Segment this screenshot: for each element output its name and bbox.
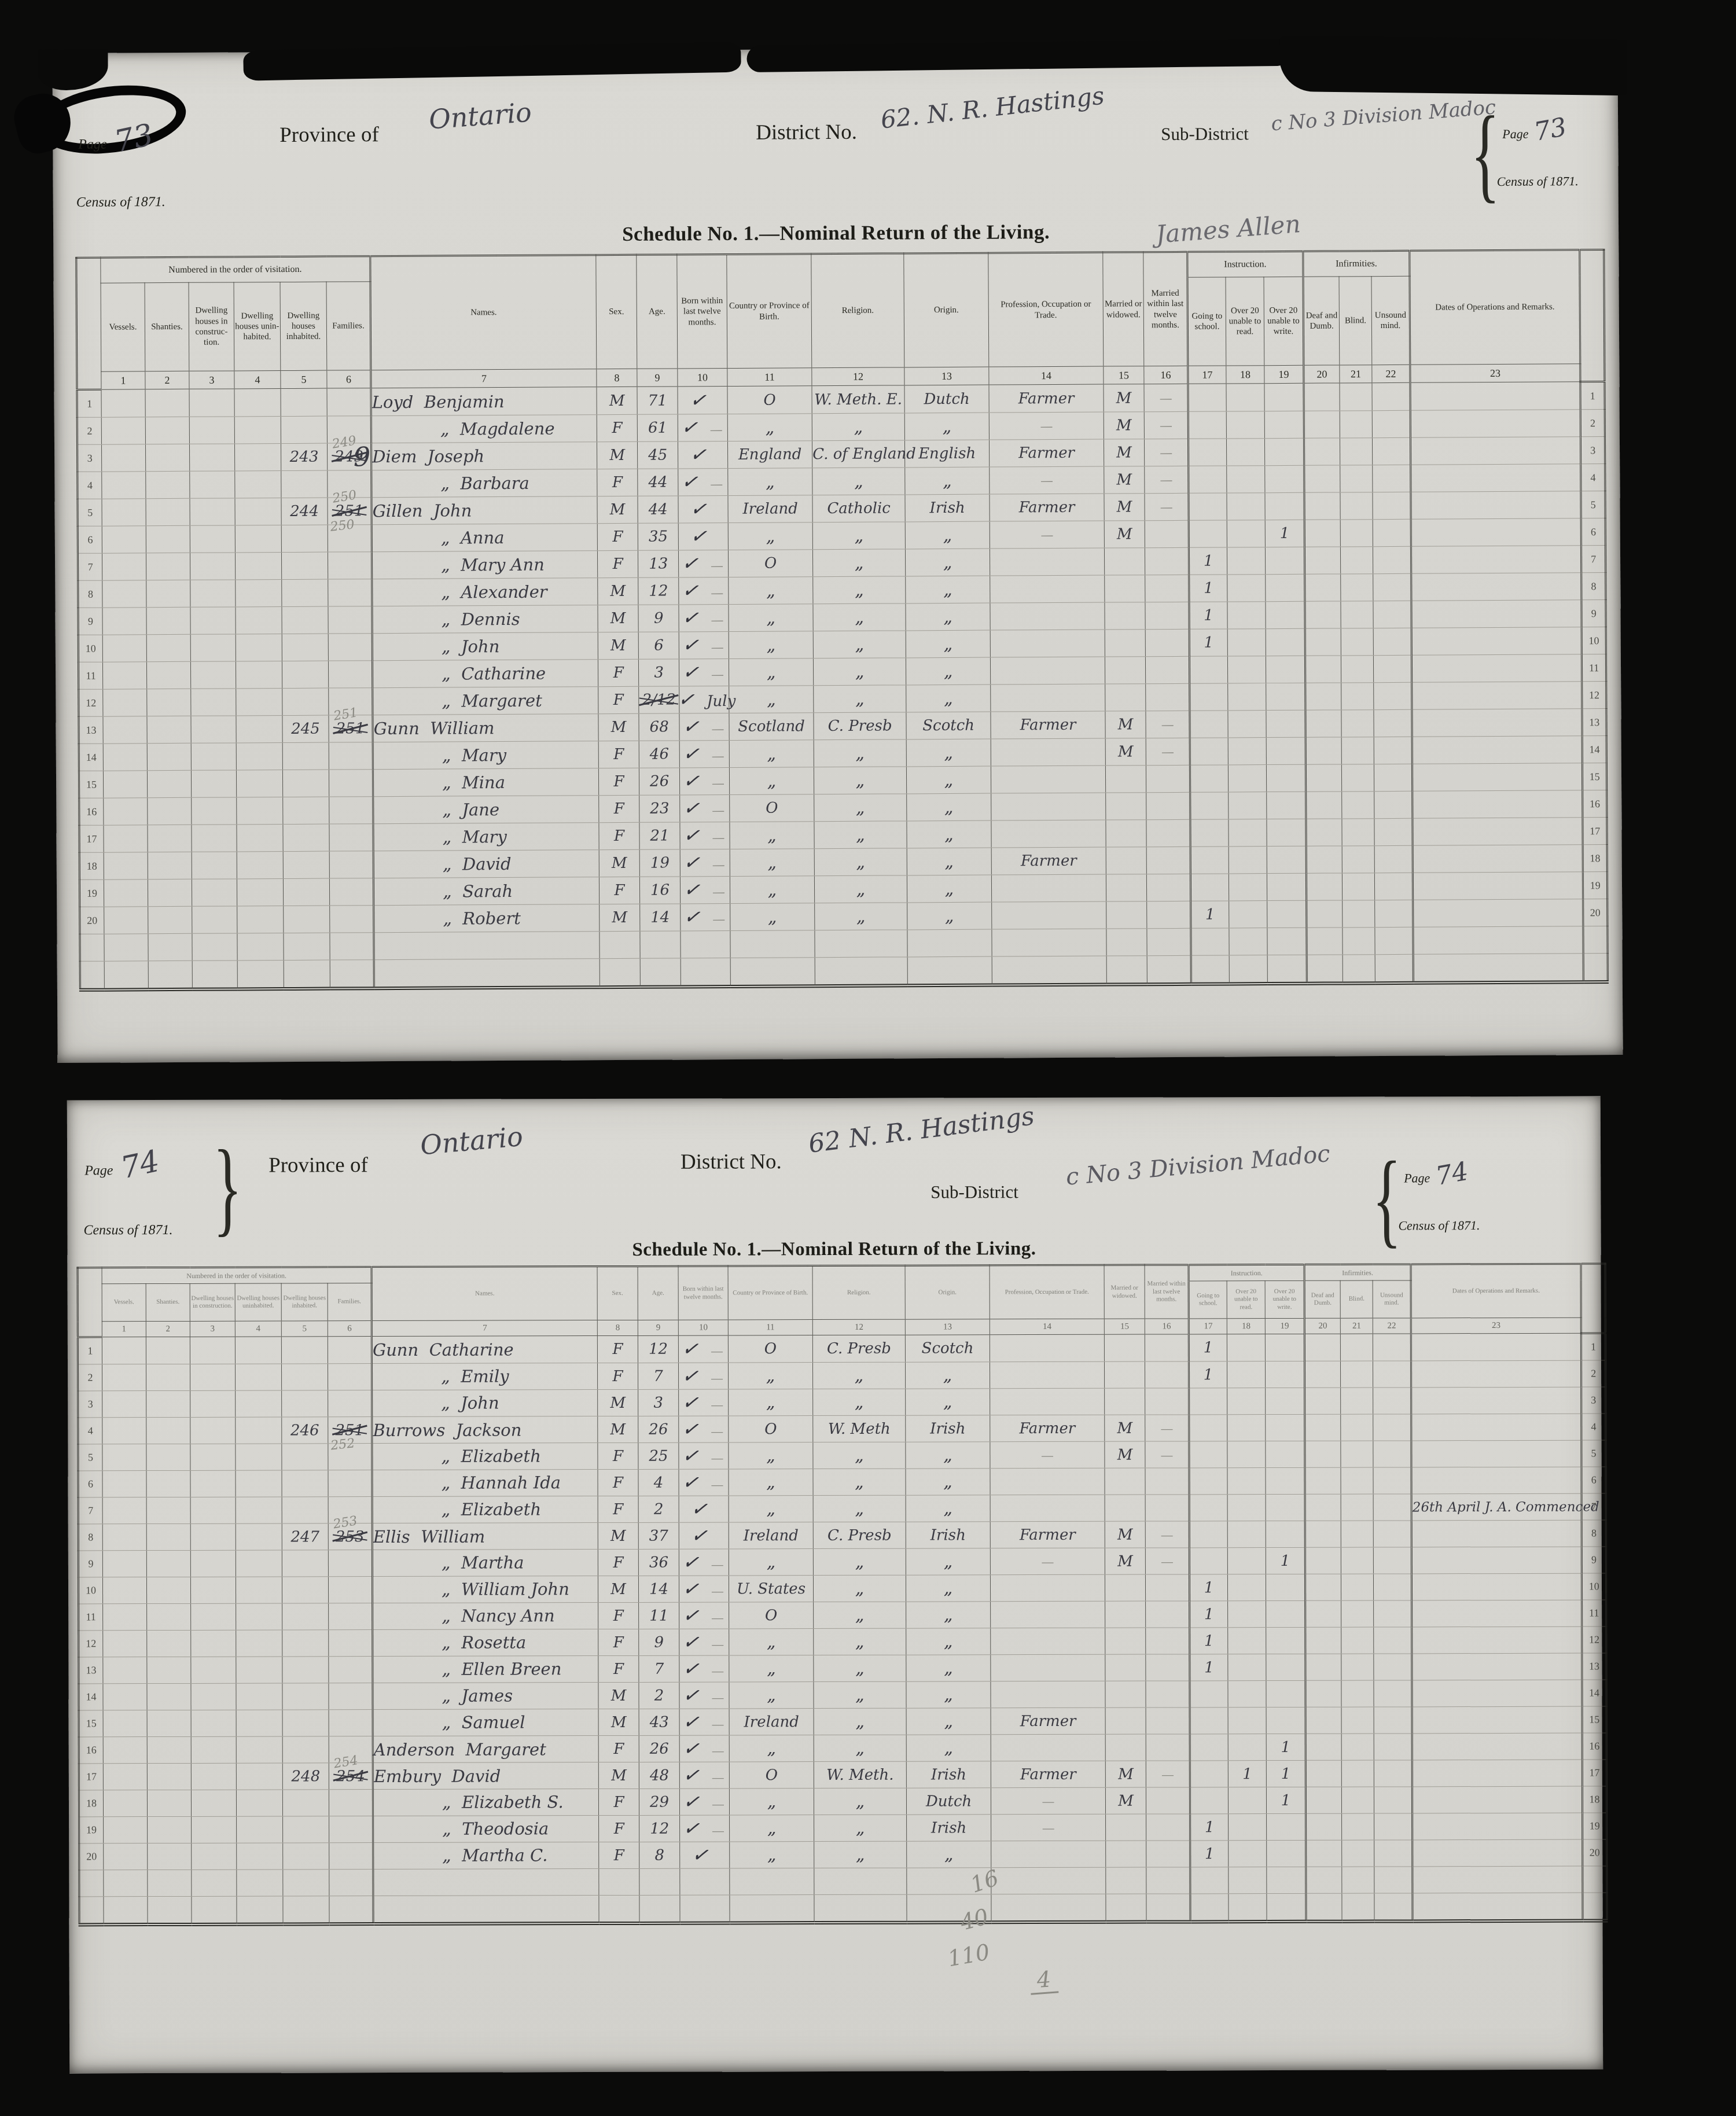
row-number-right <box>1583 1866 1607 1893</box>
col-families-label: Fa­milies. <box>326 282 371 370</box>
cell-c20 <box>1307 900 1343 928</box>
cell-c4 <box>234 389 281 417</box>
cell-c15 <box>1106 1894 1146 1922</box>
cell-c19 <box>1267 955 1307 984</box>
cell-c5 <box>282 606 328 634</box>
cell-c21 <box>1341 737 1374 764</box>
cell-c23 <box>1411 1360 1581 1388</box>
cell-c9: 68 <box>639 713 679 741</box>
cell-c6 <box>328 579 372 606</box>
cell-c17 <box>1188 411 1226 439</box>
col-inhabited-label: Dwell­ing houses inhabi­ted. <box>281 1283 328 1321</box>
cell-c9: 25 <box>638 1442 679 1469</box>
cell-c17 <box>1189 439 1227 466</box>
cell-c3 <box>190 1577 236 1603</box>
cell-c18 <box>1229 955 1267 984</box>
cell-c8: F <box>598 1442 638 1469</box>
cell-c21 <box>1340 465 1373 492</box>
cell-c23 <box>1411 1467 1581 1494</box>
table-row: 11„ Nancy AnnF11✓ —O„„111 <box>79 1600 1606 1631</box>
col-uninhabited-label: Dwell­ing houses unin­habited. <box>235 1283 281 1321</box>
cell-c17 <box>1190 1681 1228 1707</box>
cell-c14 <box>990 1361 1105 1389</box>
census-of-label-right: Census of 1871. <box>1398 1218 1480 1233</box>
cell-c22 <box>1373 465 1411 492</box>
cell-c15 <box>1105 1574 1146 1601</box>
cell-c3 <box>190 553 235 580</box>
col-uninhabited-label: Dwell­ing houses unin­habited. <box>234 282 281 371</box>
cell-c22 <box>1374 1680 1412 1707</box>
cell-c13: Scotch <box>906 712 991 739</box>
cell-c3 <box>190 1444 236 1470</box>
cell-c11: „ <box>729 631 813 659</box>
cell-c23 <box>1413 899 1583 928</box>
row-number-right: 19 <box>1583 872 1607 899</box>
cell-c11: „ <box>729 1389 813 1416</box>
cell-c14 <box>990 1388 1105 1415</box>
cell-c7: Burrows Jackson <box>372 1416 598 1444</box>
cell-c15: M <box>1105 1761 1146 1787</box>
cell-c3 <box>192 1843 237 1870</box>
cell-c1 <box>102 1524 146 1551</box>
cell-c20 <box>1305 601 1341 628</box>
cell-c20 <box>1305 1441 1341 1467</box>
subdistrict-value: c No 3 Division Madoc <box>1065 1140 1331 1191</box>
cell-c5: 244 <box>281 498 328 525</box>
cell-c23 <box>1411 1387 1581 1414</box>
cell-c12: „ <box>814 739 906 767</box>
table-row: 14„ JamesM2✓ —„„„14 <box>79 1680 1606 1710</box>
col-unable-read-label: Over 20 unable to read. <box>1226 277 1264 366</box>
cell-c13: „ <box>907 902 992 930</box>
table-row: 4246251252Burrows JacksonM26✓ —OW. MethI… <box>78 1414 1606 1444</box>
cell-c4 <box>237 879 283 906</box>
cell-c17 <box>1190 711 1228 738</box>
cell-c10: ✓ — <box>680 1815 730 1842</box>
cell-c10: ✓ — <box>679 1576 729 1602</box>
cell-c13: „ <box>906 1442 990 1469</box>
cell-c14: Farmer <box>990 494 1104 521</box>
cell-c21 <box>1343 928 1375 955</box>
cell-c10: ✓ — <box>679 1735 729 1762</box>
cell-c13 <box>907 929 992 957</box>
cell-c22 <box>1372 382 1410 410</box>
cell-c17 <box>1189 656 1227 683</box>
cell-c9: 12 <box>639 1815 680 1842</box>
cell-c7: „ Dennis <box>372 605 598 634</box>
cell-c4 <box>235 525 281 553</box>
cell-c23 <box>1413 954 1583 983</box>
cell-c2 <box>147 1603 191 1630</box>
cell-c1 <box>102 1497 146 1524</box>
col-inhabited-label: Dwell­ing houses inhabi­ted. <box>280 282 327 370</box>
cell-c10: ✓ <box>678 522 728 550</box>
cell-c7: Gunn William <box>373 714 598 742</box>
cell-c15: M <box>1105 1441 1145 1468</box>
cell-c15 <box>1106 956 1147 985</box>
cell-c7: „ Mary Ann <box>372 551 598 579</box>
cell-c5 <box>283 1896 329 1924</box>
cell-c13: „ <box>906 1602 991 1628</box>
cell-c22 <box>1374 818 1413 845</box>
cell-c11: „ <box>728 522 812 550</box>
cell-c10: ✓ — <box>679 713 729 740</box>
cell-c3 <box>192 825 237 852</box>
cell-c21 <box>1341 1680 1374 1707</box>
cell-c3 <box>190 471 235 498</box>
cell-c5 <box>282 661 328 688</box>
cell-c21 <box>1341 1388 1373 1414</box>
cell-c21 <box>1342 1840 1374 1867</box>
cell-c20 <box>1304 383 1340 411</box>
row-number-left: 13 <box>79 716 103 744</box>
cell-c16 <box>1145 575 1189 602</box>
cell-c21 <box>1340 1334 1373 1361</box>
cell-c17 <box>1189 1441 1227 1468</box>
cell-c13: „ <box>907 820 991 848</box>
cell-c18 <box>1226 411 1264 439</box>
cell-c10: ✓ — <box>678 1335 728 1363</box>
cell-c5 <box>281 388 327 416</box>
cell-c4 <box>236 607 282 634</box>
cell-c4 <box>235 498 281 525</box>
cell-c12: „ <box>814 1815 907 1841</box>
cell-c8 <box>599 931 640 958</box>
row-number-left: 18 <box>79 852 104 879</box>
cell-c10: ✓ <box>678 441 728 468</box>
cell-c6 <box>328 1470 372 1497</box>
cell-c4 <box>236 743 282 770</box>
cell-c1 <box>103 1764 147 1790</box>
table-row: 13„ Ellen BreenF7✓ —„„„113 <box>79 1653 1606 1684</box>
cell-c12: „ <box>814 1655 906 1681</box>
cell-c5 <box>282 1577 328 1603</box>
cell-c11: Ireland <box>728 495 812 523</box>
cell-c15 <box>1105 1601 1146 1628</box>
cell-c17: 1 <box>1191 901 1229 928</box>
cell-c10 <box>681 930 730 958</box>
cell-c21 <box>1341 1414 1373 1441</box>
cell-c8: F <box>598 1789 639 1815</box>
cell-c1 <box>102 1471 146 1497</box>
cell-c12: „ <box>813 549 906 577</box>
cell-c3 <box>191 716 236 743</box>
cell-c16 <box>1146 1654 1190 1681</box>
cell-c9: 44 <box>638 496 678 523</box>
cell-c14 <box>991 1894 1106 1922</box>
cell-c15: M <box>1104 384 1144 412</box>
cell-c19 <box>1266 1654 1305 1680</box>
row-number-right: 13 <box>1582 1653 1606 1680</box>
cell-c2 <box>146 1470 190 1497</box>
cell-c14 <box>992 956 1106 985</box>
cell-c2 <box>146 1550 190 1577</box>
cell-c5 <box>281 1364 328 1390</box>
col-born-label: Born within last twelve months. <box>678 1266 728 1320</box>
cell-c9: 8 <box>639 1842 680 1868</box>
cell-c21 <box>1341 1760 1374 1787</box>
cell-c16 <box>1146 765 1190 792</box>
col-birthplace-label: Country or Province of Birth. <box>727 254 812 369</box>
cell-c16: — <box>1145 1521 1189 1548</box>
left-brace: } <box>213 1125 242 1248</box>
cell-c9: 14 <box>640 904 681 931</box>
row-number-right: 12 <box>1582 1626 1606 1653</box>
cell-c6 <box>329 1896 373 1924</box>
scan-artifact <box>746 39 1290 72</box>
cell-c16 <box>1146 819 1190 847</box>
cell-c17 <box>1190 1787 1228 1814</box>
cell-c2 <box>146 525 190 553</box>
cell-c22 <box>1374 1627 1412 1654</box>
cell-c4 <box>237 906 284 933</box>
cell-c22 <box>1374 873 1413 900</box>
row-number-left: 14 <box>79 744 103 771</box>
col-origin-label: Origin. <box>904 253 989 367</box>
cell-c2 <box>148 1870 192 1896</box>
cell-c21 <box>1341 764 1374 792</box>
row-number-right: 9 <box>1581 1547 1606 1573</box>
row-number-right: 10 <box>1582 1573 1606 1600</box>
cell-c2 <box>148 906 192 933</box>
cell-c20 <box>1304 411 1340 438</box>
cell-c22 <box>1375 954 1413 983</box>
cell-c15 <box>1104 548 1145 575</box>
cell-c7: Ellis William <box>372 1523 598 1550</box>
cell-c18 <box>1227 1388 1266 1415</box>
cell-c10: ✓ <box>679 1522 729 1549</box>
row-number-right <box>1583 954 1608 982</box>
cell-c19 <box>1267 1813 1306 1840</box>
table-row: 7„ ElizabethF2✓„„„26th April J. A. Comme… <box>78 1493 1606 1524</box>
cell-c3 <box>190 525 235 553</box>
cell-c8: M <box>598 1682 639 1709</box>
cell-c18 <box>1227 629 1266 656</box>
cell-c6 <box>328 1337 372 1364</box>
row-number-left: 5 <box>78 499 102 526</box>
cell-c9: 46 <box>639 741 679 768</box>
cell-c2 <box>147 1710 191 1736</box>
col-remarks-label: Dates of Operations and Remarks. <box>1411 1264 1581 1318</box>
cell-c1 <box>101 417 145 444</box>
col-sex-label: Sex. <box>597 1266 638 1320</box>
cell-c12: „ <box>814 685 906 713</box>
census-of-label: Census of 1871. <box>83 1223 172 1238</box>
row-number-right: 16 <box>1582 1733 1606 1760</box>
col-unable-write-label: Over 20 unable to write. <box>1265 1280 1304 1318</box>
cell-c12: „ <box>813 1362 906 1389</box>
cell-c18 <box>1226 384 1264 411</box>
cell-c15 <box>1105 1707 1146 1734</box>
cell-c3 <box>192 1896 237 1924</box>
cell-c17 <box>1191 928 1229 955</box>
cell-c16 <box>1146 1814 1190 1841</box>
cell-c7 <box>373 1869 599 1896</box>
cell-c14 <box>990 602 1105 630</box>
cell-c11: „ <box>729 1469 813 1496</box>
cell-c9: 16 <box>639 877 680 904</box>
cell-c18 <box>1228 1734 1266 1761</box>
cell-c9: 4 <box>638 1469 679 1496</box>
cell-c3 <box>190 498 235 525</box>
cell-c22 <box>1374 1893 1413 1922</box>
cell-c20 <box>1305 764 1341 792</box>
cell-c15: M <box>1104 412 1144 439</box>
cell-c3 <box>191 1736 236 1763</box>
cell-c18 <box>1228 1787 1266 1814</box>
cell-c5: 243 <box>281 443 327 470</box>
cell-c10: ✓ — <box>678 468 728 495</box>
cell-c13: „ <box>906 657 990 685</box>
cell-c4 <box>236 1470 282 1497</box>
cell-c7: „ Margaret <box>373 687 598 715</box>
cell-c20 <box>1305 1600 1341 1627</box>
cell-c18 <box>1227 439 1265 466</box>
cell-c12: „ <box>814 1602 906 1628</box>
cell-c23 <box>1413 845 1583 873</box>
cell-c1 <box>104 798 148 825</box>
cell-c9: 7 <box>639 1655 679 1682</box>
cell-c22 <box>1374 1760 1412 1787</box>
cell-c8 <box>599 1895 639 1923</box>
cell-c8: F <box>599 822 639 849</box>
cell-c10: ✓ — <box>679 658 729 686</box>
cell-c5 <box>283 1870 329 1896</box>
cell-c13: Dutch <box>906 1788 991 1815</box>
cell-c20 <box>1305 628 1341 656</box>
row-number-left: 17 <box>79 825 104 852</box>
cell-c5 <box>282 1790 329 1816</box>
cell-c9: 14 <box>639 1576 679 1602</box>
cell-c5 <box>281 525 328 552</box>
cell-c1 <box>104 1870 148 1897</box>
cell-c15 <box>1105 1654 1146 1681</box>
cell-c22 <box>1373 1521 1411 1547</box>
row-number-right: 1 <box>1581 1333 1605 1360</box>
cell-c13: „ <box>906 1495 990 1522</box>
cell-c19 <box>1267 819 1306 846</box>
cell-c11: O <box>729 550 813 577</box>
cell-c1 <box>102 608 146 635</box>
cell-c20 <box>1305 656 1341 683</box>
cell-c7: Loyd Benjamin <box>371 387 597 416</box>
cell-c15 <box>1106 820 1146 847</box>
cell-c22 <box>1373 1388 1411 1414</box>
cell-c9: 2 <box>639 1682 679 1709</box>
cell-c13: „ <box>906 1362 990 1389</box>
cell-c8 <box>599 1868 639 1895</box>
cell-c20 <box>1305 1574 1341 1600</box>
cell-c2 <box>147 1736 191 1763</box>
col-unsound-label: Un­sound mind. <box>1371 276 1410 365</box>
cell-c22 <box>1374 1867 1413 1893</box>
cell-c15: M <box>1105 1415 1145 1441</box>
cell-c22 <box>1375 927 1413 954</box>
cell-c4 <box>236 1390 282 1417</box>
cell-c23 <box>1412 1626 1582 1654</box>
cell-c21 <box>1340 520 1373 547</box>
cell-c6 <box>329 878 373 906</box>
cell-c9: 6 <box>638 632 679 659</box>
cell-c13: „ <box>907 1841 991 1868</box>
cell-c4 <box>236 1497 282 1523</box>
cell-c11: England <box>728 441 812 469</box>
cell-c8: F <box>598 768 639 795</box>
cell-c8: F <box>598 550 638 577</box>
cell-c1 <box>102 1337 146 1364</box>
cell-c23 <box>1411 600 1581 628</box>
cell-c21 <box>1341 1627 1374 1654</box>
cell-c11: O <box>729 1602 814 1629</box>
cell-c15: M <box>1105 738 1146 766</box>
cell-c14 <box>991 1574 1105 1602</box>
province-label: Province of <box>279 122 379 148</box>
row-number-right: 6 <box>1581 518 1605 546</box>
cell-c12: C. of England <box>812 440 905 468</box>
cell-c17 <box>1189 466 1227 493</box>
cell-c13: Dutch <box>904 385 989 413</box>
cell-c18 <box>1228 1681 1266 1707</box>
cell-c9: 35 <box>638 523 678 550</box>
col-vessels-label: Vessels. <box>102 1284 146 1322</box>
cell-c13: Irish <box>905 494 990 522</box>
col-religion-label: Religion. <box>811 253 904 368</box>
cell-c2 <box>146 471 190 498</box>
cell-c21 <box>1341 710 1374 737</box>
cell-c3 <box>192 933 237 961</box>
cell-c6 <box>329 1816 373 1843</box>
cell-c15 <box>1105 1468 1145 1495</box>
col-construction-label: Dwell­ing houses in con­struc­tion. <box>189 282 234 371</box>
cell-c7: „ David <box>373 850 599 878</box>
cell-c20 <box>1305 737 1341 764</box>
cell-c21 <box>1340 411 1372 438</box>
row-number-left: 12 <box>79 1631 103 1657</box>
cell-c10: ✓ — <box>679 1789 729 1815</box>
cell-c4 <box>235 1337 281 1364</box>
cell-c7: „ Rosetta <box>373 1629 598 1657</box>
cell-c14: — <box>990 1441 1105 1469</box>
cell-c4 <box>236 1417 282 1444</box>
cell-c1 <box>102 1551 146 1577</box>
cell-c1 <box>103 771 147 798</box>
row-number-left: 11 <box>78 662 102 689</box>
cell-c18 <box>1229 847 1267 874</box>
cell-c22 <box>1374 682 1412 709</box>
cell-c6 <box>329 1603 373 1630</box>
cell-c6: 250251250 <box>328 498 372 525</box>
cell-c20 <box>1304 1334 1340 1361</box>
row-number-right: 7 <box>1581 1493 1606 1520</box>
cell-c23 <box>1412 736 1582 764</box>
cell-c12: „ <box>814 794 907 822</box>
cell-c22 <box>1373 601 1411 628</box>
cell-c11: „ <box>729 1496 813 1522</box>
cell-c18 <box>1227 1495 1266 1521</box>
col-deaf-label: Deaf and Dumb. <box>1303 277 1340 365</box>
cell-c11: „ <box>730 822 814 849</box>
cell-c23 <box>1411 1440 1581 1467</box>
row-number-right: 19 <box>1583 1813 1607 1839</box>
cell-c8: F <box>597 1335 638 1363</box>
cell-c14 <box>990 1334 1104 1362</box>
cell-c18 <box>1227 1415 1266 1441</box>
cell-c1 <box>104 961 148 990</box>
cell-c3 <box>191 1657 236 1683</box>
row-number-right: 15 <box>1582 763 1606 790</box>
cell-c15 <box>1105 1361 1145 1388</box>
cell-c13: „ <box>906 1389 990 1415</box>
